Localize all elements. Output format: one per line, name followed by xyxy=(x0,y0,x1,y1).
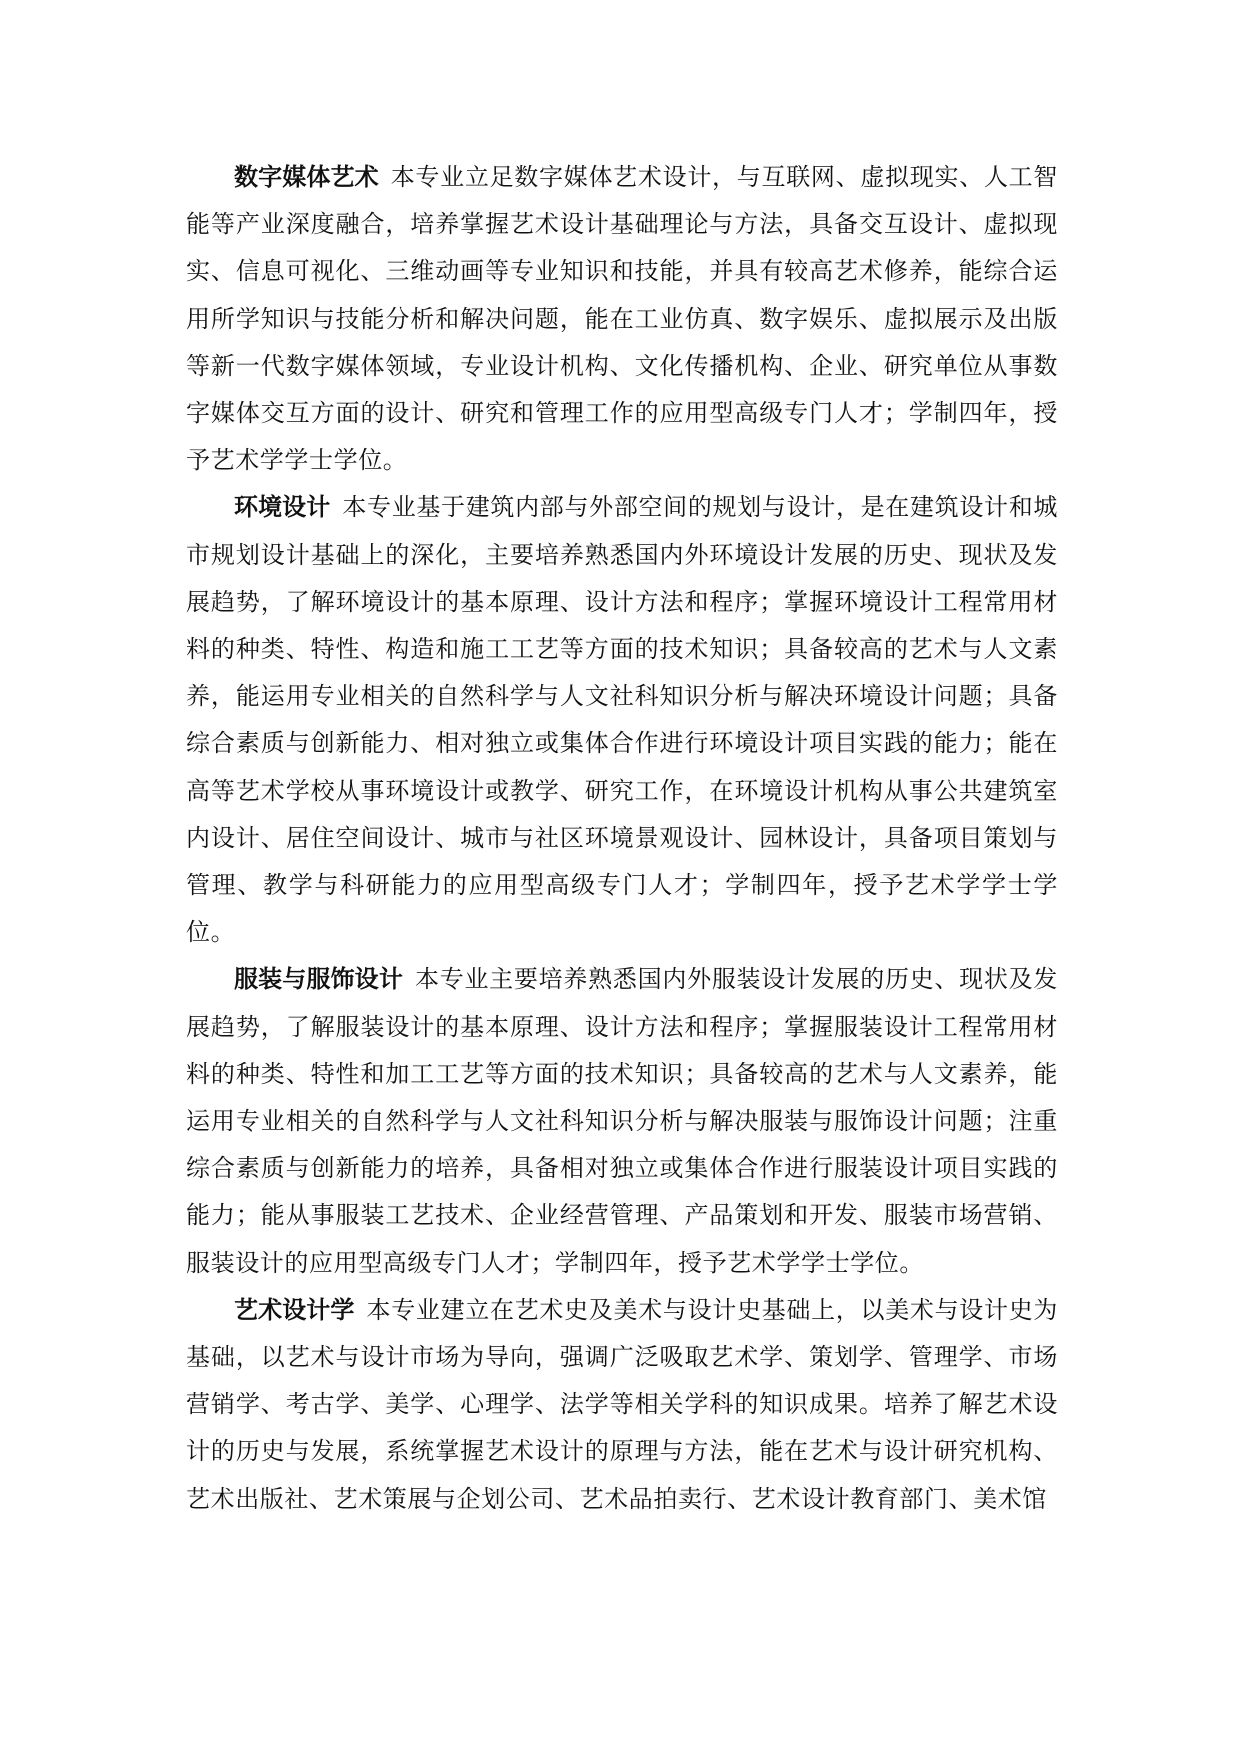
major-title: 服装与服饰设计 xyxy=(234,965,403,993)
document-page: 数字媒体艺术本专业立足数字媒体艺术设计，与互联网、虚拟现实、人工智能等产业深度融… xyxy=(186,154,1058,1523)
paragraph-fashion-design: 服装与服饰设计本专业主要培养熟悉国内外服装设计发展的历史、现状及发展趋势，了解服… xyxy=(186,956,1058,1286)
paragraph-art-design-studies: 艺术设计学本专业建立在艺术史及美术与设计史基础上，以美术与设计史为基础，以艺术与… xyxy=(186,1287,1058,1523)
major-description: 本专业主要培养熟悉国内外服装设计发展的历史、现状及发展趋势，了解服装设计的基本原… xyxy=(186,965,1058,1276)
major-description: 本专业立足数字媒体艺术设计，与互联网、虚拟现实、人工智能等产业深度融合，培养掌握… xyxy=(186,163,1058,474)
paragraph-environmental-design: 环境设计本专业基于建筑内部与外部空间的规划与设计，是在建筑设计和城市规划设计基础… xyxy=(186,484,1058,956)
major-title: 数字媒体艺术 xyxy=(234,163,379,191)
major-description: 本专业建立在艺术史及美术与设计史基础上，以美术与设计史为基础，以艺术与设计市场为… xyxy=(186,1296,1058,1513)
paragraph-digital-media-art: 数字媒体艺术本专业立足数字媒体艺术设计，与互联网、虚拟现实、人工智能等产业深度融… xyxy=(186,154,1058,484)
major-title: 环境设计 xyxy=(234,493,330,521)
major-title: 艺术设计学 xyxy=(234,1296,355,1324)
major-description: 本专业基于建筑内部与外部空间的规划与设计，是在建筑设计和城市规划设计基础上的深化… xyxy=(186,493,1058,946)
